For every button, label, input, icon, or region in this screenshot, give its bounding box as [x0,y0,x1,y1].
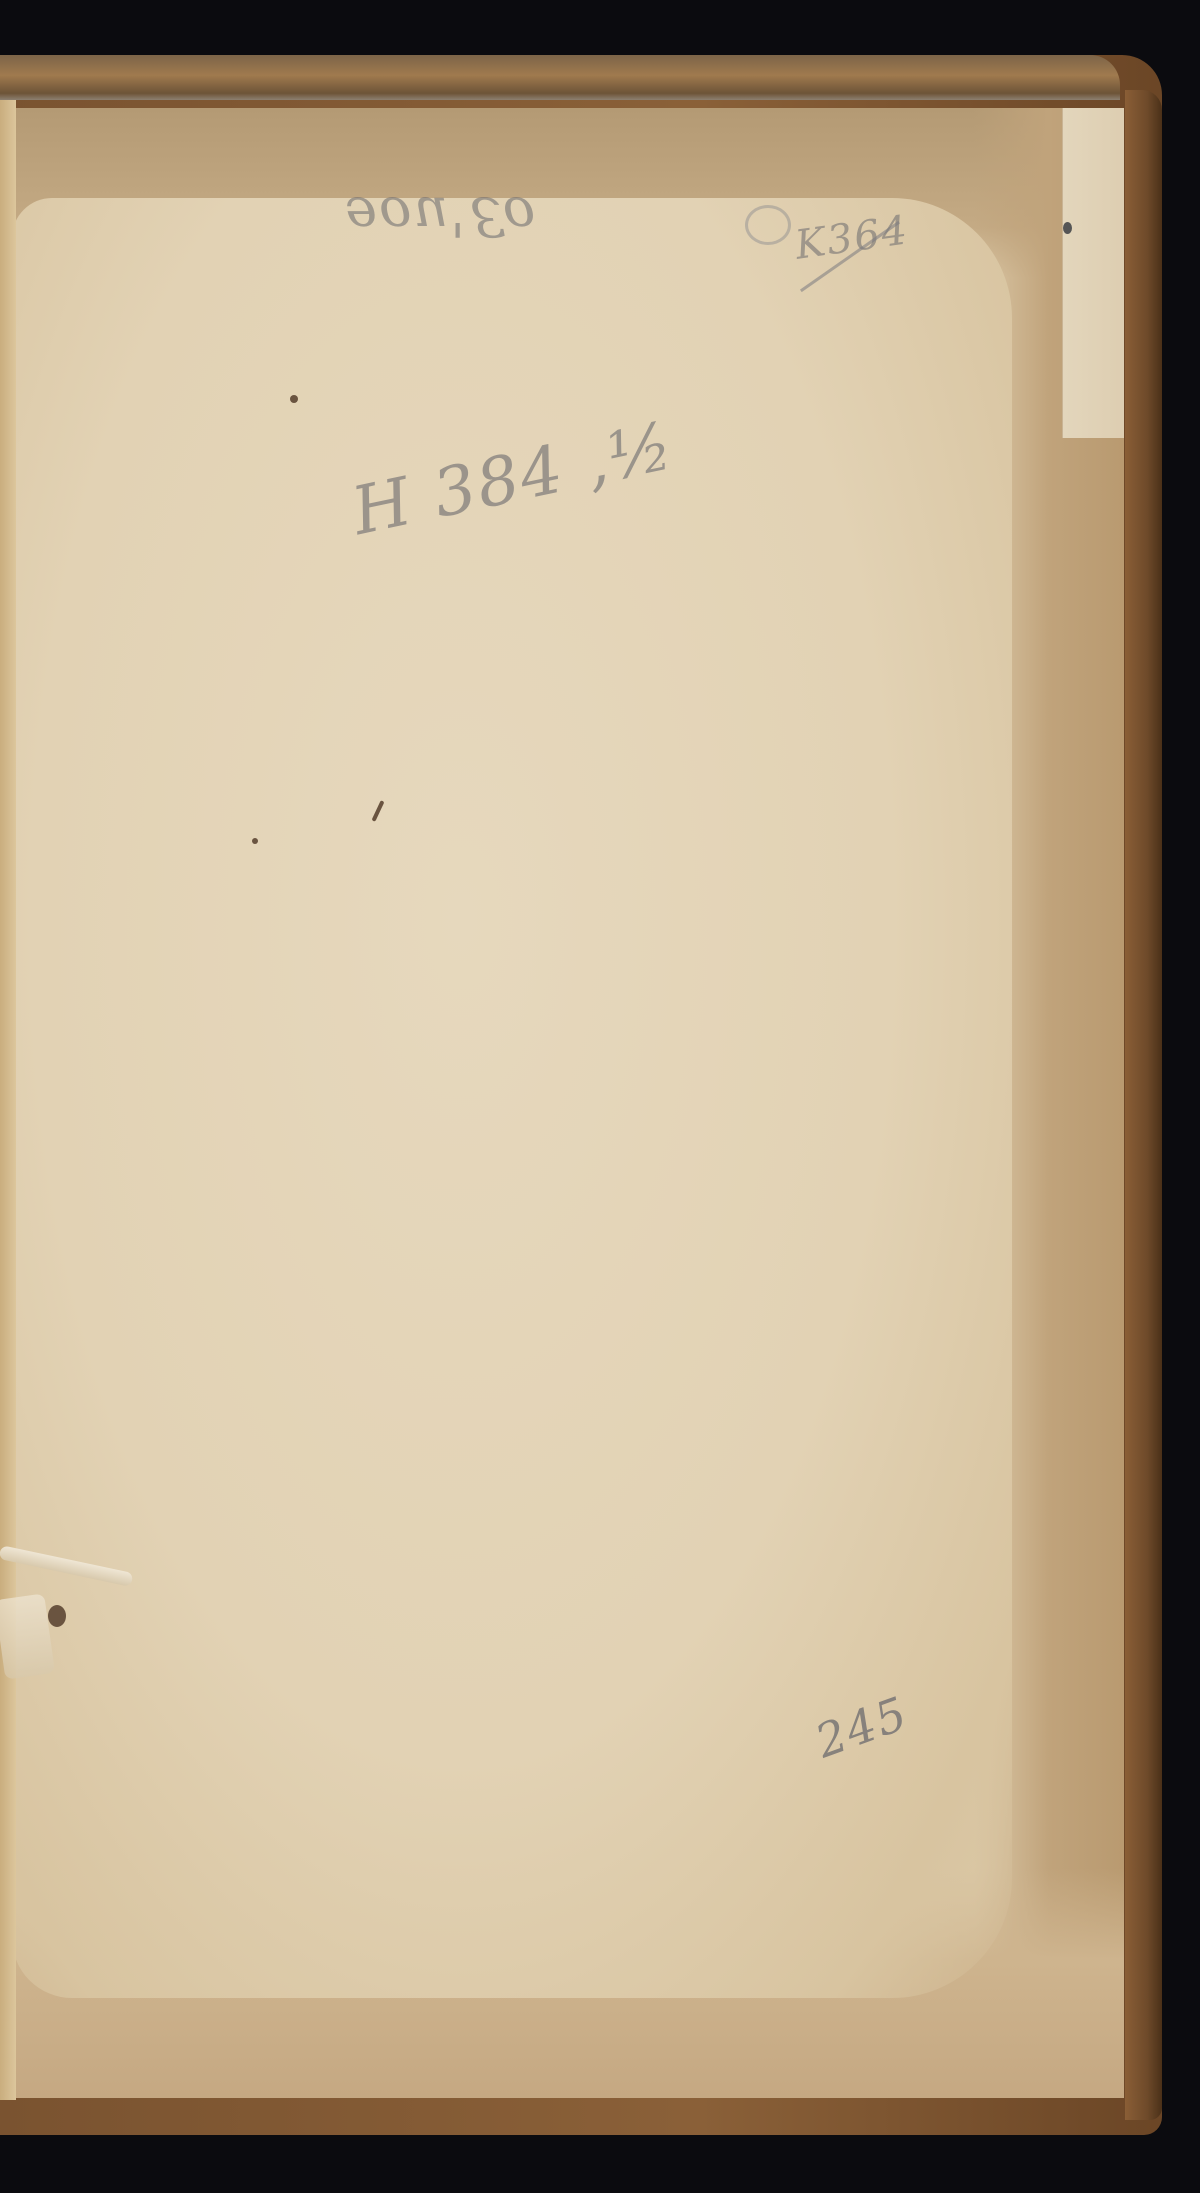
pencil-circle-mark [745,205,791,245]
book-cover-top-edge [0,55,1120,100]
flyleaf-edge [1062,108,1124,438]
ink-spot [48,1605,66,1627]
endpaper-page [12,108,1124,2098]
spine-hinge-strip [0,100,16,2100]
pencil-annotation-top: ɘou'Ɛo [345,185,537,248]
foxing-spot [252,838,258,844]
book-cover-fore-edge [1125,90,1162,2120]
foxing-spot [290,395,298,403]
foxing-spot [1063,222,1072,234]
